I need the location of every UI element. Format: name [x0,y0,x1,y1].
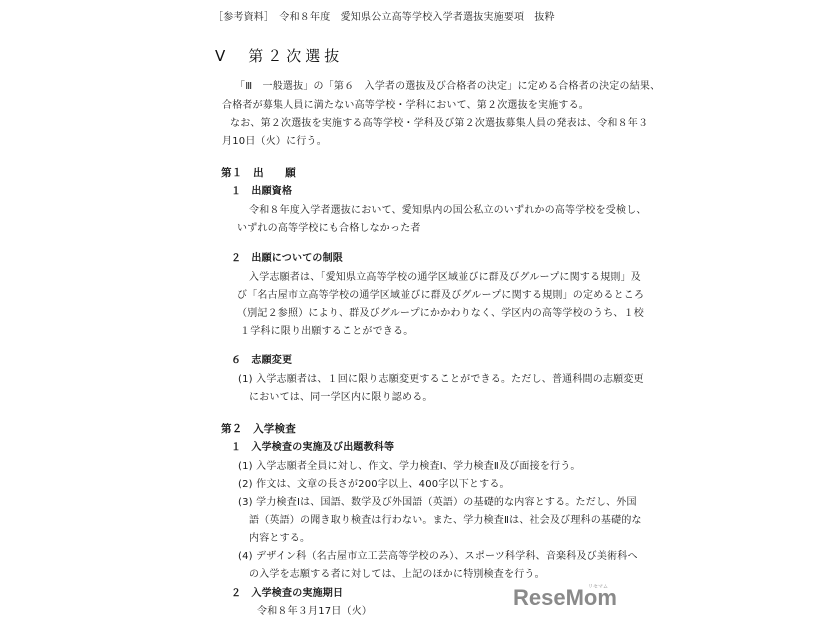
section-2-item-1-line-4: 語（英語）の聞き取り検査は行わない。また、学力検査Ⅱは、社会及び理科の基礎的な [249,514,642,528]
section-1-item-2-line-2: び「名古屋市立高等学校の通学区域並びに群及びグループに関する規則」の定めるところ [237,289,644,303]
section-1-item-1-heading: １ 出願資格 [231,185,292,199]
section-2-item-1-line-1: (1) 入学志願者全員に対し、作文、学力検査Ⅰ、学力検査Ⅱ及び面接を行う。 [238,460,581,474]
chapter-title: Ⅴ 第２次選抜 [215,47,343,65]
intro-line-3: なお、第２次選抜を実施する高等学校・学科及び第２次選抜募集人員の発表は、令和８年… [230,117,648,131]
section-2-item-2-line-1: 令和８年３月17日（火） [257,605,372,619]
section-1-item-1-line-2: いずれの高等学校にも合格しなかった者 [237,222,421,236]
intro-line-2: 合格者が募集人員に満たない高等学校・学科において、第２次選抜を実施する。 [222,99,589,113]
section-1-item-6-line-1: (1) 入学志願者は、１回に限り志願変更することができる。ただし、普通科間の志願… [238,373,644,387]
section-1-item-2-line-3: （別記２参照）により、群及びグループにかかわりなく、学区内の高等学校のうち、１校 [237,307,644,321]
section-1-item-6-line-2: においては、同一学区内に限り認める。 [249,391,433,405]
section-2-item-1-line-5: 内容とする。 [249,532,310,546]
section-1-item-6-heading: ６ 志願変更 [231,354,292,368]
header-note: ［参考資料］ 令和８年度 愛知県公立高等学校入学者選抜実施要項 抜粋 [213,11,555,25]
section-1-item-1-line-1: 令和８年度入学者選抜において、愛知県内の国公私立のいずれかの高等学校を受検し、 [249,204,647,218]
section-1-item-2-line-4: １学科に限り出願することができる。 [240,325,413,339]
section-2-item-1-heading: １ 入学検査の実施及び出題教科等 [231,441,394,455]
section-2-item-2-heading: ２ 入学検査の実施期日 [231,587,343,601]
section-1-item-2-heading: ２ 出願についての制限 [231,252,343,266]
intro-line-1: 「Ⅲ 一般選抜」の「第６ 入学者の選抜及び合格者の決定」に定める合格者の決定の結… [235,80,660,94]
intro-line-4: 月10日（火）に行う。 [222,135,327,149]
section-1-title: 第１ 出 願 [221,166,296,180]
section-2-title: 第２ 入学検査 [221,422,296,436]
section-2-item-1-line-2: (2) 作文は、文章の長さが200字以上、400字以下とする。 [238,478,510,492]
section-1-item-2-line-1: 入学志願者は、「愛知県立高等学校の通学区域並びに群及びグループに関する規則」及 [249,271,641,285]
resemom-logo-kana: リセマム [588,583,608,590]
section-2-item-1-line-6: (4) デザイン科（名古屋市立工芸高等学校のみ）、スポーツ科学科、音楽科及び美術… [238,550,638,564]
section-2-item-1-line-7: の入学を志願する者に対しては、上記のほかに特別検査を行う。 [249,568,545,582]
section-2-item-1-line-3: (3) 学力検査Ⅰは、国語、数学及び外国語（英語）の基礎的な内容とする。ただし、… [238,496,637,510]
